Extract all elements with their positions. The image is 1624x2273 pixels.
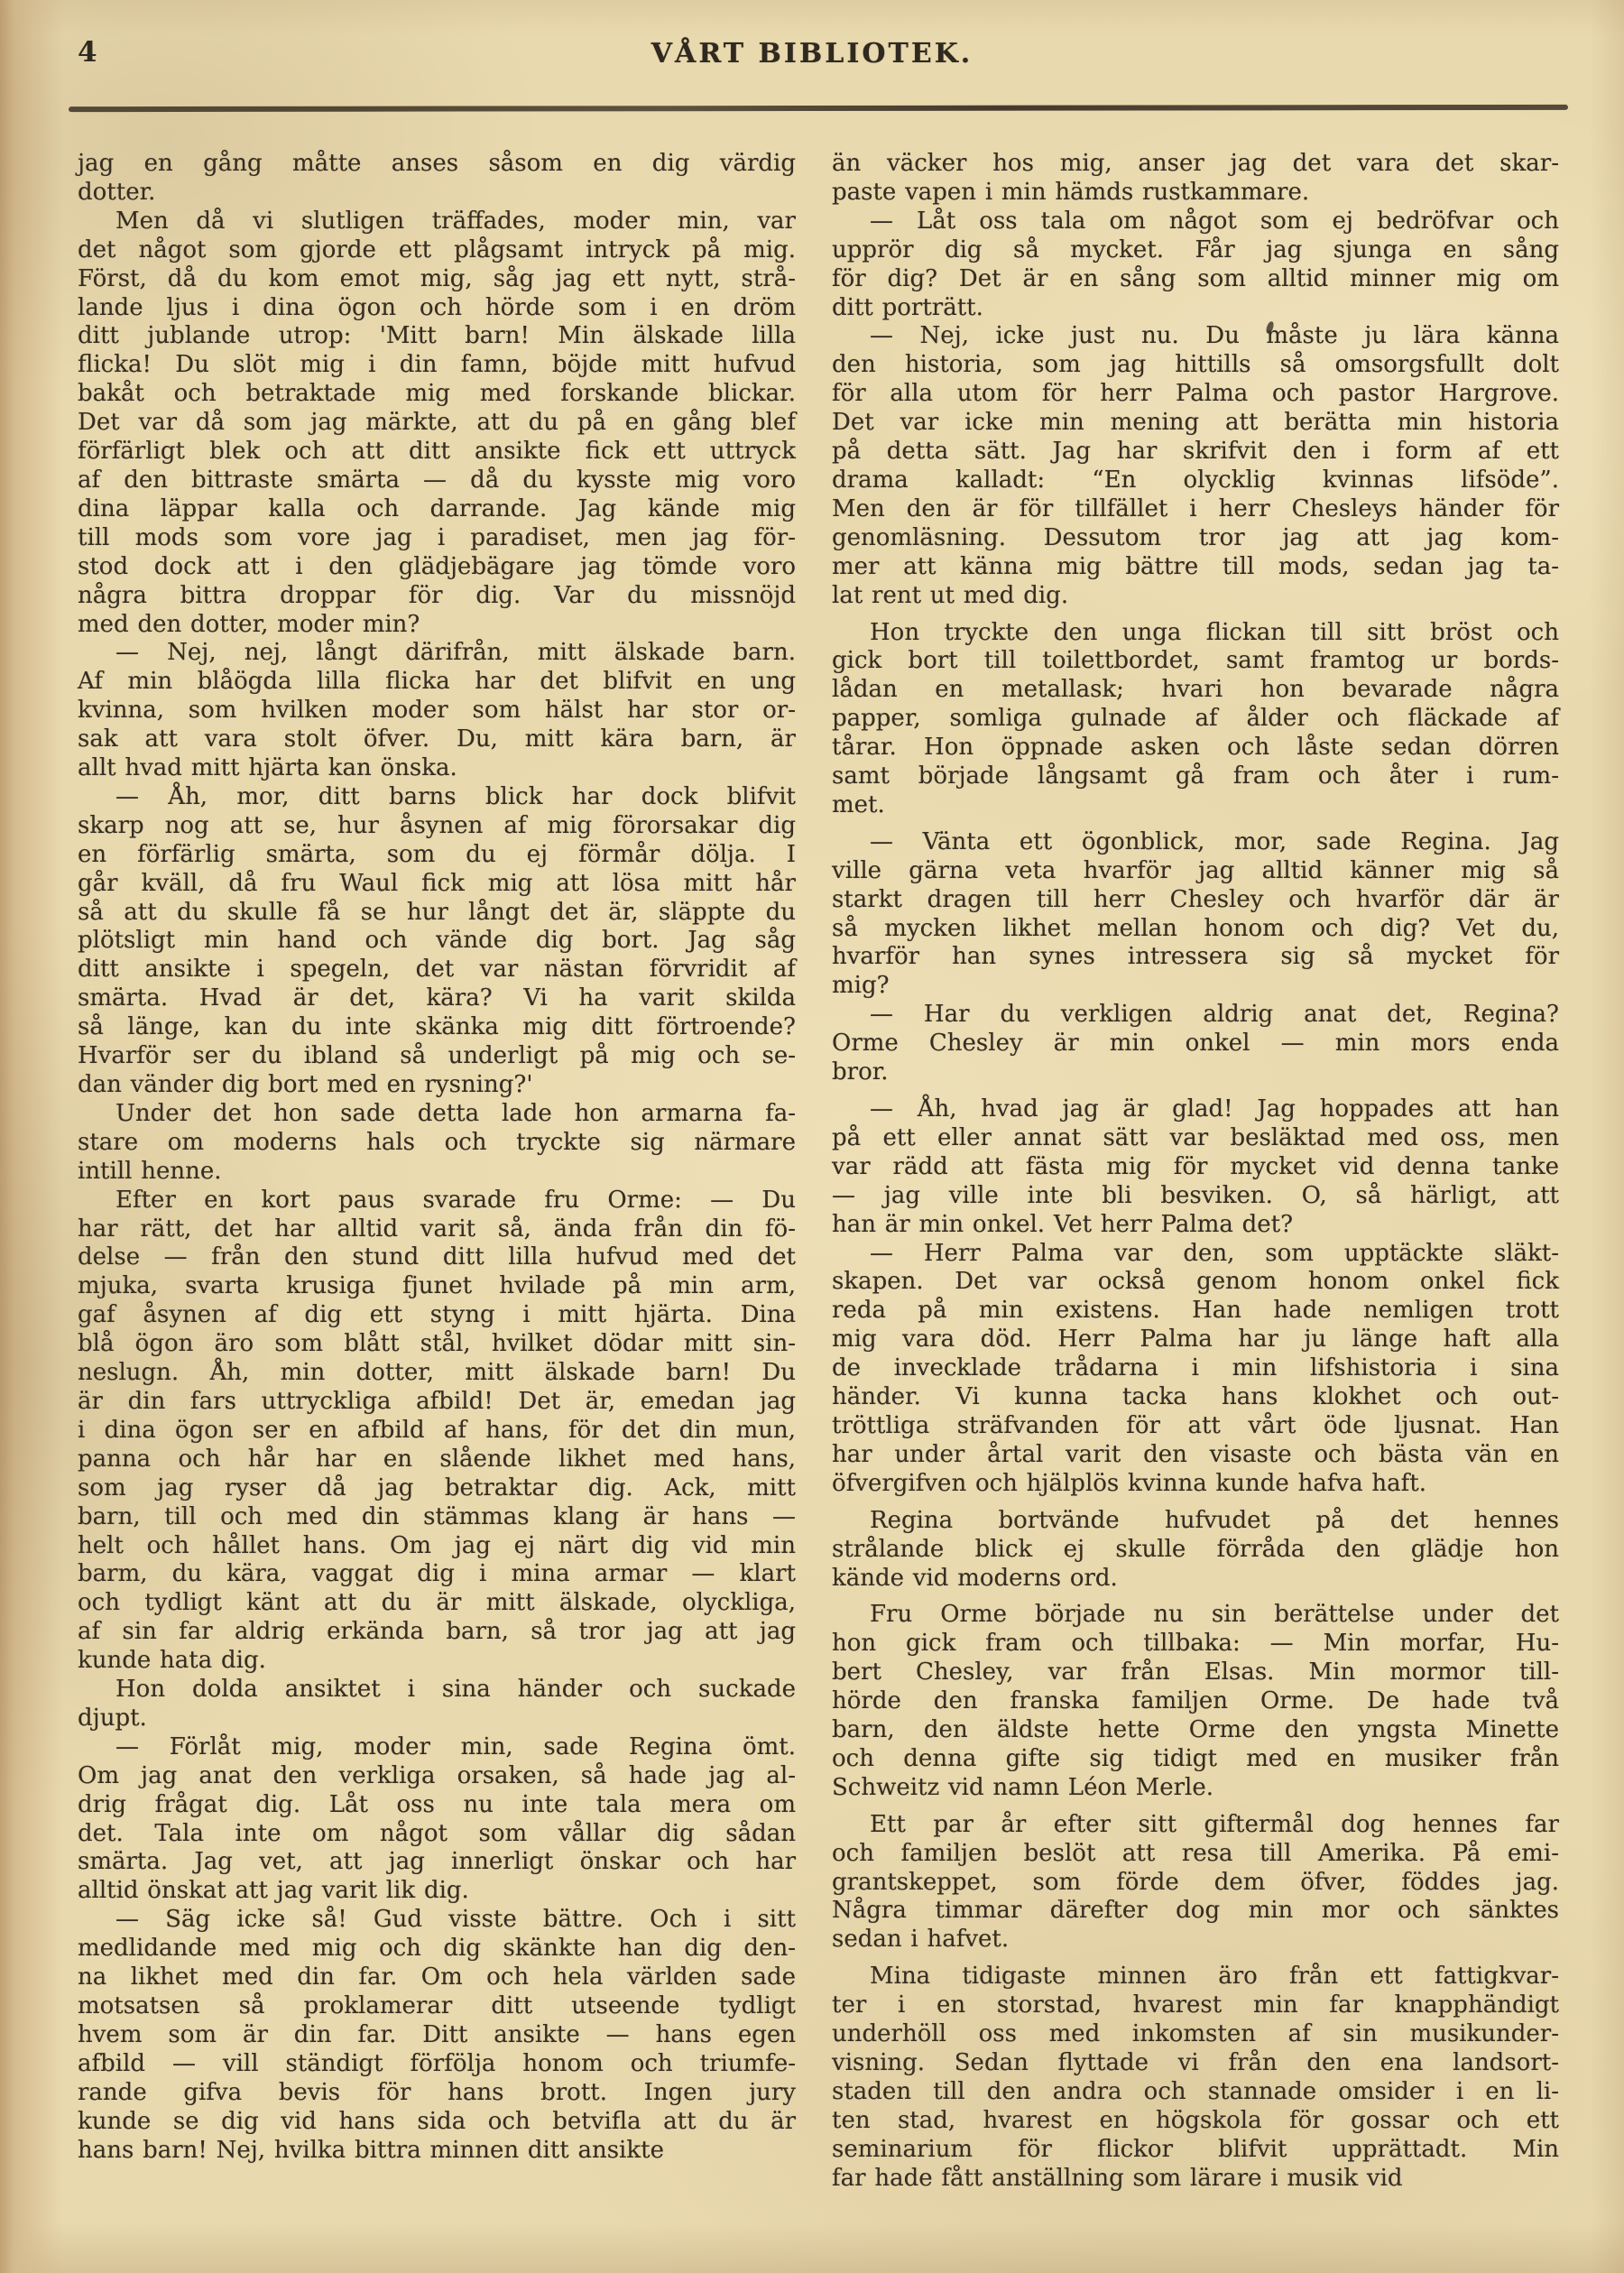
text-line: allt hvad mitt hjärta kan önska. [78,754,796,783]
text-line: så mycken likhet mellan honom och dig? V… [832,915,1559,944]
text-line: gick bort till toilettbordet, samt framt… [832,647,1559,676]
text-line: djupt. [78,1705,796,1733]
text-line: lat rent ut med dig. [832,582,1559,611]
text-line: papper, somliga gulnade af ålder och flä… [832,705,1559,734]
text-line: starkt dragen till herr Chesley och hvar… [832,886,1559,915]
text-line: och denna gifte sig tidigt med en musike… [832,1745,1559,1774]
header-title: VÅRT BIBLIOTEK. [0,38,1624,69]
text-line: paste vapen i min hämds rustkammare. [832,179,1559,208]
text-line: för alla utom för herr Palma och pastor … [832,380,1559,409]
text-line: händer. Vi kunna tacka hans klokhet och … [832,1383,1559,1412]
text-line: hvarför han synes intressera sig så myck… [832,943,1559,972]
text-line: mjuka, svarta krusiga fjunet hvilade på … [78,1272,796,1301]
text-line: Några timmar därefter dog min mor och sä… [832,1897,1559,1926]
text-line: stare om moderns hals och tryckte sig nä… [78,1129,796,1158]
text-line: så länge, kan du inte skänka mig ditt fö… [78,1013,796,1042]
text-line: det något som gjorde ett plågsamt intryc… [78,236,796,265]
text-line: far hade fått anställning som lärare i m… [832,2165,1559,2194]
text-line: de invecklade trådarna i min lifshistori… [832,1354,1559,1383]
paragraph: Hon dolda ansiktet i sina händer och suc… [78,1676,796,1733]
text-line: Men då vi slutligen träffades, moder min… [78,208,796,236]
text-line: Det var då som jag märkte, att du på en … [78,409,796,438]
text-line: mig vara död. Herr Palma har ju länge ha… [832,1326,1559,1354]
paragraph: Regina bortvände hufvudet på det henness… [832,1507,1559,1594]
text-line: Fru Orme började nu sin berättelse under… [832,1601,1559,1630]
text-line: var rädd att fästa mig för mycket vid de… [832,1153,1559,1182]
text-line: förfärligt blek och att ditt ansikte fic… [78,438,796,467]
text-line: — Åh, hvad jag är glad! Jag hoppades att… [832,1095,1559,1124]
text-line: — jag ville inte bli besviken. O, så här… [832,1182,1559,1211]
paragraph: — Förlåt mig, moder min, sade Regina ömt… [78,1733,796,1906]
text-line: en förfärlig smärta, som du ej förmår dö… [78,841,796,870]
text-line: bert Chesley, var från Elsas. Min mormor… [832,1659,1559,1687]
text-line: ville gärna veta hvarför jag alltid känn… [832,857,1559,886]
text-line: sak att vara stolt öfver. Du, mitt kära … [78,725,796,754]
text-line: hvem som är din far. Ditt ansikte — hans… [78,2021,796,2050]
text-line: underhöll oss med inkomsten af sin musik… [832,2020,1559,2049]
text-line: drama kalladt: “En olycklig kvinnas lifs… [832,467,1559,495]
text-line: Om jag anat den verkliga orsaken, så had… [78,1762,796,1791]
text-line: grantskeppet, som förde dem öfver, födde… [832,1869,1559,1898]
text-line: barn, till och med din stämmas klang är … [78,1503,796,1532]
header-rule [69,105,1568,112]
text-line: Hvarför ser du ibland så underligt på mi… [78,1042,796,1071]
paragraph: — Låt oss tala om något som ej bedröfvar… [832,208,1559,323]
text-column-right: än väcker hos mig, anser jag det vara de… [832,150,1559,2194]
text-line: har rätt, det har alltid varit så, ända … [78,1215,796,1244]
text-line: flicka! Du slöt mig i din famn, böjde mi… [78,351,796,380]
text-line: ditt jublande utrop: 'Mitt barn! Min äls… [78,322,796,351]
text-line: na likhet med din far. Om och hela värld… [78,1963,796,1992]
text-line: på detta sätt. Jag har skrifvit den i fo… [832,438,1559,467]
text-line: upprör dig så mycket. Får jag sjunga en … [832,236,1559,265]
text-line: några bittra droppar för dig. Var du mis… [78,582,796,611]
text-line: intill henne. [78,1158,796,1187]
text-line: som jag ryser då jag betraktar dig. Ack,… [78,1474,796,1503]
text-line: han är min onkel. Vet herr Palma det? [832,1211,1559,1240]
text-line: Hon dolda ansiktet i sina händer och suc… [78,1676,796,1705]
text-line: bror. [832,1058,1559,1087]
text-line: än väcker hos mig, anser jag det vara de… [832,150,1559,179]
text-line: i dina ögon ser en afbild af hans, för d… [78,1417,796,1446]
text-line: Efter en kort paus svarade fru Orme: — D… [78,1187,796,1215]
text-line: Af min blåögda lilla flicka har det blif… [78,668,796,697]
text-line: — Säg icke så! Gud visste bättre. Och i … [78,1906,796,1935]
text-line: Ett par år efter sitt giftermål dog henn… [832,1811,1559,1840]
paragraph: — Säg icke så! Gud visste bättre. Och i … [78,1906,796,2165]
text-line: hon gick fram och tillbaka: — Min morfar… [832,1630,1559,1659]
paragraph: — Herr Palma var den, som upptäckte släk… [832,1240,1559,1499]
paragraph: än väcker hos mig, anser jag det vara de… [832,150,1559,208]
paragraph: Efter en kort paus svarade fru Orme: — D… [78,1187,796,1676]
text-line: för dig? Det är en sång som alltid minne… [832,265,1559,294]
text-line: kände vid moderns ord. [832,1565,1559,1594]
text-line: ditt porträtt. [832,294,1559,323]
text-line: dina läppar kalla och darrande. Jag känd… [78,495,796,524]
text-line: gaf åsynen af dig ett styng i mitt hjärt… [78,1301,796,1330]
text-line: hans barn! Nej, hvilka bittra minnen dit… [78,2137,796,2166]
text-line: mig? [832,972,1559,1001]
paragraph: Men då vi slutligen träffades, moder min… [78,208,796,640]
text-line: samt började långsamt gå fram och åter i… [832,762,1559,791]
paragraph: — Åh, hvad jag är glad! Jag hoppades att… [832,1095,1559,1240]
paragraph: Hon tryckte den unga flickan till sitt b… [832,619,1559,820]
text-line: öfvergifven och hjälplös kvinna kunde ha… [832,1470,1559,1499]
paragraph: — Nej, icke just nu. Du måste ju lära kä… [832,322,1559,610]
text-line: ditt ansikte i spegeln, det var nästan f… [78,956,796,984]
text-line: lådan en metallask; hvari hon bevarade n… [832,676,1559,705]
text-line: på ett eller annat sätt var besläktad me… [832,1124,1559,1153]
text-line: Schweitz vid namn Léon Merle. [832,1774,1559,1803]
text-line: reda på min existens. Han hade nemligen … [832,1297,1559,1326]
text-line: med den dotter, moder min? [78,611,796,640]
text-line: delse — från den stund ditt lilla hufvud… [78,1243,796,1272]
text-line: skarp nog att se, hur åsynen af mig föro… [78,812,796,841]
text-line: kunde hata dig. [78,1647,796,1676]
text-line: — Nej, icke just nu. Du måste ju lära kä… [832,322,1559,351]
text-line: alltid önskat att jag varit lik dig. [78,1877,796,1906]
text-line: plötsligt min hand och vände dig bort. J… [78,927,796,956]
text-line: — Låt oss tala om något som ej bedröfvar… [832,208,1559,236]
text-line: Orme Chesley är min onkel — min mors end… [832,1030,1559,1058]
text-line: Först, då du kom emot mig, såg jag ett n… [78,265,796,294]
text-line: Hon tryckte den unga flickan till sitt b… [832,619,1559,648]
text-line: genomläsning. Dessutom tror jag att jag … [832,524,1559,553]
text-line: af sin far aldrig erkända barn, så tror … [78,1618,796,1647]
paragraph: Mina tidigaste minnen äro från ett fatti… [832,1963,1559,2193]
text-line: barn, den äldste hette Orme den yngsta M… [832,1716,1559,1745]
text-line: panna och hår har en slående likhet med … [78,1446,796,1474]
text-line: dotter. [78,179,796,208]
text-line: kunde se dig vid hans sida och betvifla … [78,2108,796,2137]
text-line: kvinna, som hvilken moder som hälst har … [78,697,796,725]
scanned-page: { "page_number": "4", "header_title": "V… [0,0,1624,2273]
text-line: barm, du kära, vaggat dig i mina armar —… [78,1560,796,1589]
text-line: går kväll, då fru Waul fick mig att lösa… [78,870,796,899]
text-line: medlidande med mig och dig skänkte han d… [78,1935,796,1963]
text-line: — Har du verkligen aldrig anat det, Regi… [832,1001,1559,1030]
text-line: — Förlåt mig, moder min, sade Regina ömt… [78,1733,796,1762]
text-line: tårar. Hon öppnade asken och låste sedan… [832,734,1559,762]
text-line: — Vänta ett ögonblick, mor, sade Regina.… [832,828,1559,857]
text-line: smärta. Jag vet, att jag innerligt önska… [78,1848,796,1877]
text-line: — Herr Palma var den, som upptäckte släk… [832,1240,1559,1269]
text-line: visning. Sedan flyttade vi från den ena … [832,2049,1559,2078]
text-line: Mina tidigaste minnen äro från ett fatti… [832,1963,1559,1991]
text-line: rande gifva bevis för hans brott. Ingen … [78,2079,796,2108]
text-line: jag en gång måtte anses såsom en dig vär… [78,150,796,179]
text-line: stod dock att i den glädjebägare jag töm… [78,553,796,582]
text-line: tröttliga sträfvanden för att vårt öde l… [832,1412,1559,1441]
text-line: — Nej, nej, långt därifrån, mitt älskade… [78,639,796,668]
text-line: den historia, som jag hittills så omsorg… [832,351,1559,380]
text-line: afbild — vill ständigt förfölja honom oc… [78,2050,796,2079]
text-line: ten stad, hvarest en högskola för gossar… [832,2107,1559,2136]
paragraph: Fru Orme började nu sin berättelse under… [832,1601,1559,1802]
text-line: drig frågat dig. Låt oss nu inte tala me… [78,1791,796,1820]
paragraph: — Vänta ett ögonblick, mor, sade Regina.… [832,828,1559,1001]
text-column-left: jag en gång måtte anses såsom en dig vär… [78,150,796,2165]
text-line: motsatsen så proklamerar ditt utseende t… [78,1992,796,2021]
text-line: Det var icke min mening att berätta min … [832,409,1559,438]
text-line: helt och hållet hans. Om jag ej närt dig… [78,1532,796,1561]
text-line: blå ögon äro som blått stål, hvilket död… [78,1330,796,1359]
text-line: Under det hon sade detta lade hon armarn… [78,1100,796,1129]
text-line: är din fars uttryckliga afbild! Det är, … [78,1388,796,1417]
text-line: har under årtal varit den visaste och bä… [832,1441,1559,1470]
text-line: mer att känna mig bättre till mods, seda… [832,553,1559,582]
text-line: bakåt och betraktade mig med forskande b… [78,380,796,409]
paragraph: — Har du verkligen aldrig anat det, Regi… [832,1001,1559,1087]
text-line: Men den är för tillfället i herr Chesley… [832,495,1559,524]
text-line: och tydligt känt att du är mitt älskade,… [78,1589,796,1618]
text-line: hörde den franska familjen Orme. De hade… [832,1687,1559,1716]
text-line: neslugn. Åh, min dotter, mitt älskade ba… [78,1359,796,1388]
text-line: lande ljus i dina ögon och hörde som i e… [78,294,796,323]
text-line: strålande blick ej skulle förråda den gl… [832,1536,1559,1565]
text-line: det. Tala inte om något som vållar dig s… [78,1820,796,1849]
text-line: staden till den andra och stannade omsid… [832,2078,1559,2107]
paragraph: jag en gång måtte anses såsom en dig vär… [78,150,796,208]
text-line: af den bittraste smärta — då du kysste m… [78,467,796,495]
paragraph: Under det hon sade detta lade hon armarn… [78,1100,796,1187]
text-line: smärta. Hvad är det, kära? Vi ha varit s… [78,984,796,1013]
text-line: sedan i hafvet. [832,1926,1559,1954]
text-line: Regina bortvände hufvudet på det hennes [832,1507,1559,1536]
text-line: dan vänder dig bort med en rysning?' [78,1071,796,1100]
text-line: seminarium för flickor blifvit upprättad… [832,2136,1559,2165]
text-line: — Åh, mor, ditt barns blick har dock bli… [78,783,796,812]
text-line: så att du skulle få se hur långt det är,… [78,899,796,928]
text-line: met. [832,791,1559,820]
text-line: till mods som vore jag i paradiset, men … [78,524,796,553]
paragraph: Ett par år efter sitt giftermål dog henn… [832,1811,1559,1955]
paragraph: — Åh, mor, ditt barns blick har dock bli… [78,783,796,1100]
text-line: skapen. Det var också genom honom onkel … [832,1268,1559,1297]
text-line: och familjen beslöt att resa till Amerik… [832,1840,1559,1869]
text-line: ter i en storstad, hvarest min far knapp… [832,1991,1559,2020]
paragraph: — Nej, nej, långt därifrån, mitt älskade… [78,639,796,783]
